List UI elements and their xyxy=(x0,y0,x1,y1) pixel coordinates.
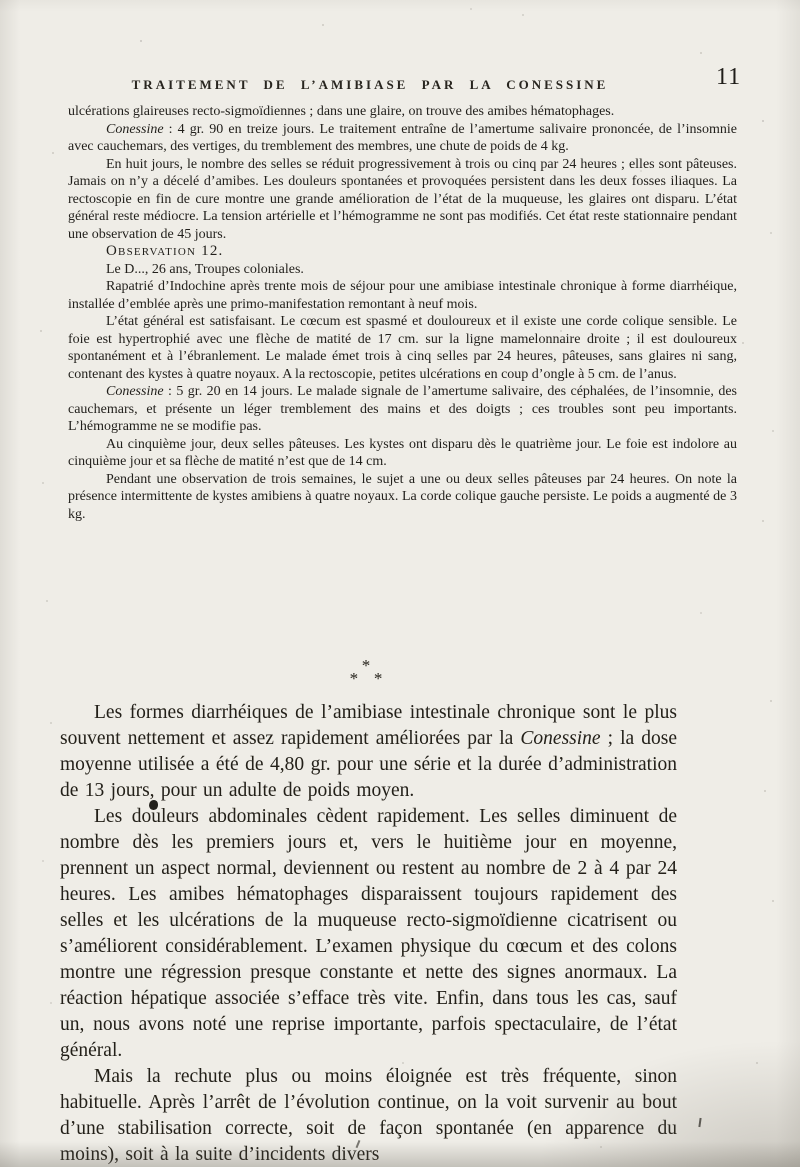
paragraph-italic: Conessine xyxy=(106,122,164,137)
paragraph: En huit jours, le nombre des selles se r… xyxy=(68,156,737,244)
paragraph: Les formes diarrhéiques de l’amibiase in… xyxy=(60,700,677,804)
paragraph-text: : 5 gr. 20 en 14 jours. Le malade signal… xyxy=(68,384,737,434)
paragraph-text: Rapatrié d’Indochine après trente mois d… xyxy=(68,279,737,312)
paragraph: Au cinquième jour, deux selles pâteuses.… xyxy=(68,436,737,471)
paragraph: L’état général est satisfaisant. Le cœcu… xyxy=(68,313,737,383)
paragraph: Pendant une observation de trois semaine… xyxy=(68,471,737,524)
page-number: 11 xyxy=(716,64,741,91)
paragraph-text: ulcérations glaireuses recto-sigmoïdienn… xyxy=(68,104,614,119)
paragraph: Mais la rechute plus ou moins éloignée e… xyxy=(60,1064,677,1167)
asterism-bottom: * * xyxy=(60,672,677,685)
observation-heading: Observation 12. xyxy=(68,243,737,261)
paragraph: Rapatrié d’Indochine après trente mois d… xyxy=(68,278,737,313)
stray-mark xyxy=(698,1118,701,1127)
paper-specks xyxy=(0,0,2,2)
asterism-separator: * * * xyxy=(60,659,677,685)
paragraph: ulcérations glaireuses recto-sigmoïdienn… xyxy=(68,103,737,121)
paragraph-text: : 4 gr. 90 en treize jours. Le traitemen… xyxy=(68,122,737,155)
paragraph: Le D..., 26 ans, Troupes coloniales. xyxy=(68,261,737,279)
paragraph: Conessine : 4 gr. 90 en treize jours. Le… xyxy=(68,121,737,156)
paragraph-text: En huit jours, le nombre des selles se r… xyxy=(68,157,737,242)
paragraph-text: Les douleurs abdominales cèdent rapideme… xyxy=(60,806,677,1061)
paragraph-italic: Conessine xyxy=(106,384,164,399)
paragraph-text: Pendant une observation de trois semaine… xyxy=(68,472,737,522)
summary-section: * * * Les formes diarrhéiques de l’amibi… xyxy=(60,659,677,1167)
running-title: TRAITEMENT DE L’AMIBIASE PAR LA CONESSIN… xyxy=(100,77,640,93)
paragraph-text: L’état général est satisfaisant. Le cœcu… xyxy=(68,314,737,382)
scanned-page: TRAITEMENT DE L’AMIBIASE PAR LA CONESSIN… xyxy=(0,0,800,1167)
paragraph: Les douleurs abdominales cèdent rapideme… xyxy=(60,804,677,1064)
paragraph-text: Le D..., 26 ans, Troupes coloniales. xyxy=(106,262,304,277)
paragraph: Conessine : 5 gr. 20 en 14 jours. Le mal… xyxy=(68,383,737,436)
paragraph-text: Au cinquième jour, deux selles pâteuses.… xyxy=(68,437,737,470)
paragraph-text: Mais la rechute plus ou moins éloignée e… xyxy=(60,1066,677,1165)
paragraph-italic: Conessine xyxy=(520,728,600,749)
case-report-section: ulcérations glaireuses recto-sigmoïdienn… xyxy=(68,103,737,523)
